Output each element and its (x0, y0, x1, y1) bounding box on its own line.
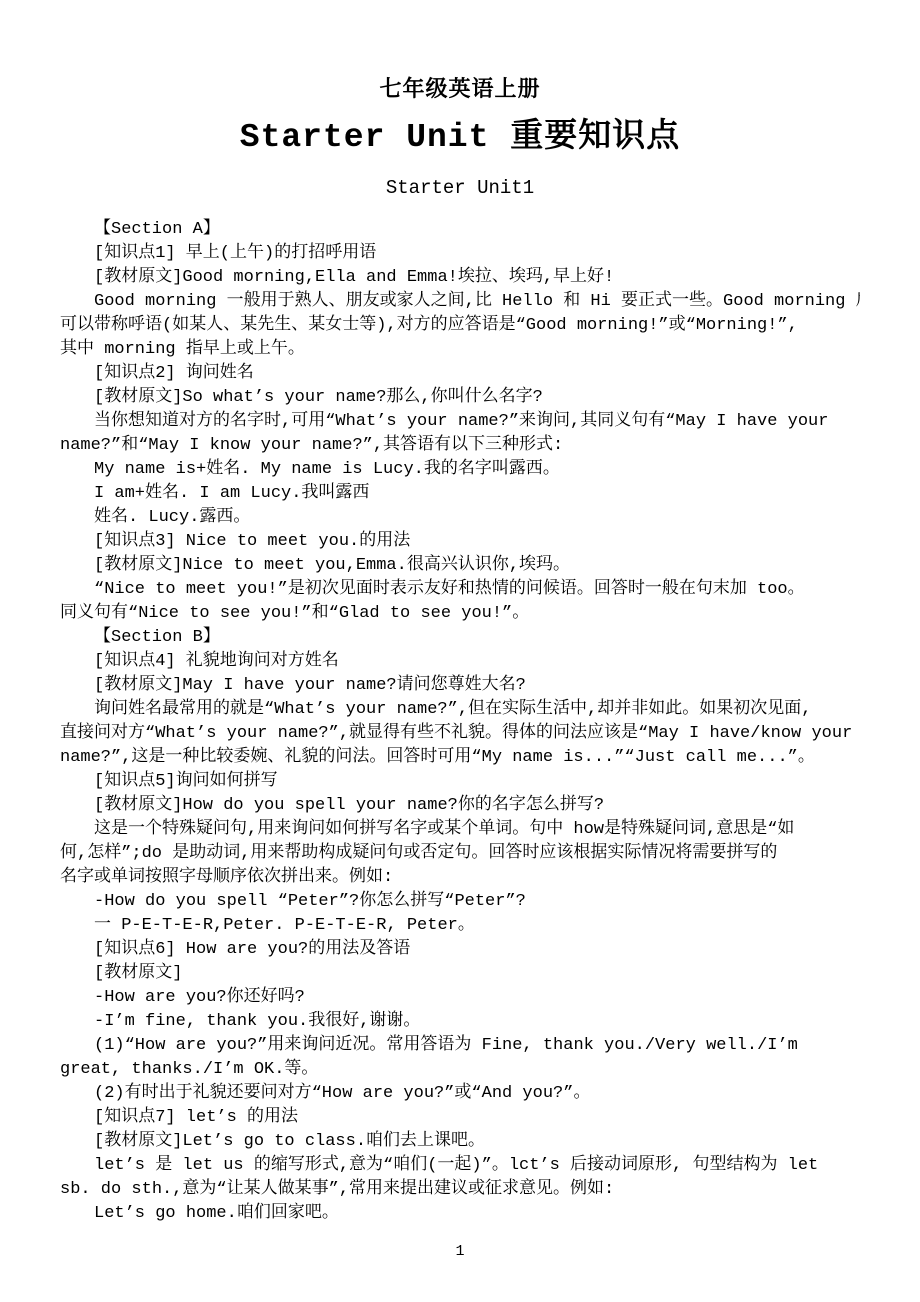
text-line: “Nice to meet you!”是初次见面时表示友好和热情的问候语。回答时… (60, 578, 860, 602)
text-line: 姓名. Lucy.露西。 (60, 506, 860, 530)
text-line: 同义句有“Nice to see you!”和“Glad to see you!… (60, 602, 860, 626)
page-number: 1 (0, 1242, 920, 1262)
text-line: [教材原文]How do you spell your name?你的名字怎么拼… (60, 794, 860, 818)
text-line: 【Section A】 (60, 218, 860, 242)
document-page: 七年级英语上册 Starter Unit 重要知识点 Starter Unit1… (0, 0, 920, 1302)
text-line: -I’m fine, thank you.我很好,谢谢。 (60, 1010, 860, 1034)
text-line: [知识点7] let’s 的用法 (60, 1106, 860, 1130)
text-line: 【Section B】 (60, 626, 860, 650)
text-line: Good morning 一般用于熟人、朋友或家人之间,比 Hello 和 Hi… (60, 290, 860, 314)
text-line: [教材原文]May I have your name?请问您尊姓大名? (60, 674, 860, 698)
document-main-title: Starter Unit 重要知识点 (0, 116, 920, 160)
text-line: [知识点2] 询问姓名 (60, 362, 860, 386)
text-line: [教材原文]Good morning,Ella and Emma!埃拉、埃玛,早… (60, 266, 860, 290)
text-line: sb. do sth.,意为“让某人做某事”,常用来提出建议或征求意见。例如: (60, 1178, 860, 1202)
text-line: 当你想知道对方的名字时,可用“What’s your name?”来询问,其同义… (60, 410, 860, 434)
text-line: -How do you spell “Peter”?你怎么拼写“Peter”? (60, 890, 860, 914)
text-line: -How are you?你还好吗? (60, 986, 860, 1010)
text-line: (2)有时出于礼貌还要问对方“How are you?”或“And you?”。 (60, 1082, 860, 1106)
text-line: 其中 morning 指早上或上午。 (60, 338, 860, 362)
text-line: Let’s go home.咱们回家吧。 (60, 1202, 860, 1226)
text-line: 一 P-E-T-E-R,Peter. P-E-T-E-R, Peter。 (60, 914, 860, 938)
text-line: [知识点6] How are you?的用法及答语 (60, 938, 860, 962)
text-line: let’s 是 let us 的缩写形式,意为“咱们(一起)”。lct’s 后接… (60, 1154, 860, 1178)
text-line: 何,怎样”;do 是助动词,用来帮助构成疑问句或否定句。回答时应该根据实际情况将… (60, 842, 860, 866)
text-line: [知识点5]询问如何拼写 (60, 770, 860, 794)
document-body: 【Section A】 [知识点1] 早上(上午)的打招呼用语 [教材原文]Go… (0, 218, 920, 1226)
text-line: [知识点1] 早上(上午)的打招呼用语 (60, 242, 860, 266)
text-line: (1)“How are you?”用来询问近况。常用答语为 Fine, than… (60, 1034, 860, 1058)
text-line: I am+姓名. I am Lucy.我叫露西 (60, 482, 860, 506)
text-line: 可以带称呼语(如某人、某先生、某女士等),对方的应答语是“Good mornin… (60, 314, 860, 338)
text-line: [教材原文]So what’s your name?那么,你叫什么名字? (60, 386, 860, 410)
text-line: My name is+姓名. My name is Lucy.我的名字叫露西。 (60, 458, 860, 482)
text-line: [教材原文]Nice to meet you,Emma.很高兴认识你,埃玛。 (60, 554, 860, 578)
text-line: 询问姓名最常用的就是“What’s your name?”,但在实际生活中,却并… (60, 698, 860, 722)
text-line: 直接问对方“What’s your name?”,就显得有些不礼貌。得体的问法应… (60, 722, 860, 746)
document-header-title: 七年级英语上册 (0, 78, 920, 104)
text-line: great, thanks./I’m OK.等。 (60, 1058, 860, 1082)
text-line: name?”和“May I know your name?”,其答语有以下三种形… (60, 434, 860, 458)
text-line: 这是一个特殊疑问句,用来询问如何拼写名字或某个单词。句中 how是特殊疑问词,意… (60, 818, 860, 842)
text-line: [知识点4] 礼貌地询问对方姓名 (60, 650, 860, 674)
text-line: [知识点3] Nice to meet you.的用法 (60, 530, 860, 554)
text-line: [教材原文]Let’s go to class.咱们去上课吧。 (60, 1130, 860, 1154)
document-subtitle: Starter Unit1 (0, 176, 920, 200)
text-line: 名字或单词按照字母顺序依次拼出来。例如: (60, 866, 860, 890)
text-line: [教材原文] (60, 962, 860, 986)
text-line: name?”,这是一种比较委婉、礼貌的问法。回答时可用“My name is..… (60, 746, 860, 770)
